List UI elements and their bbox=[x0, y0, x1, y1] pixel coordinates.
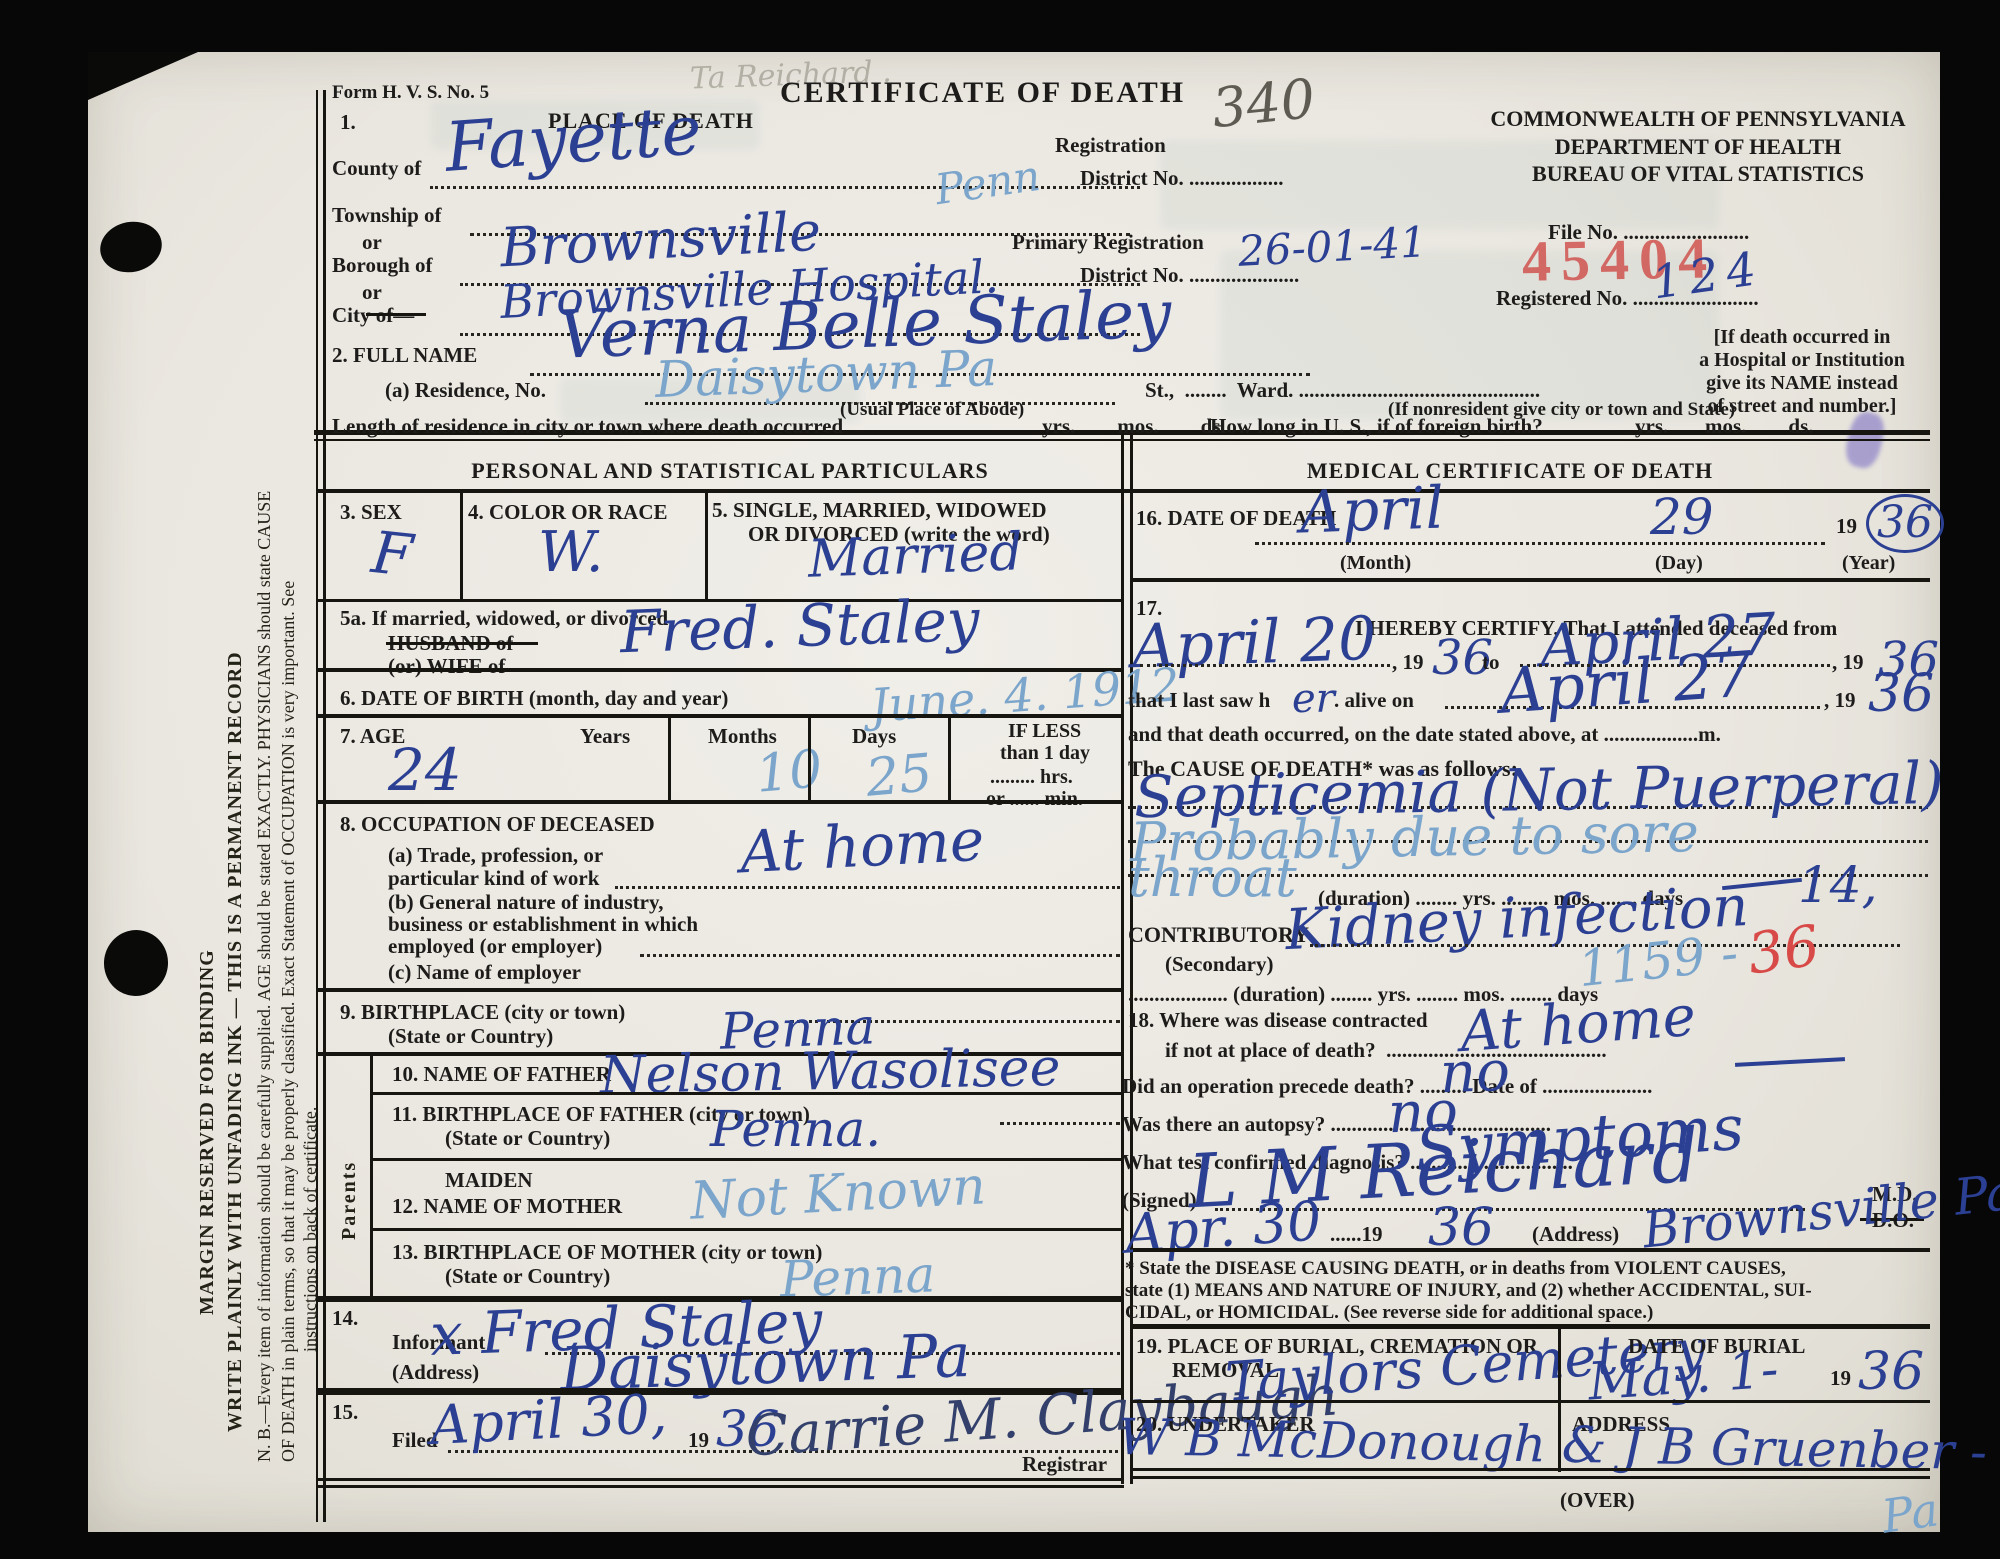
duration-days-value: 14, bbox=[1798, 856, 1878, 914]
foreign-units: yrs. mos. ds. bbox=[1635, 414, 1814, 439]
occupation-a2: particular kind of work bbox=[388, 866, 599, 891]
race-value: W. bbox=[538, 520, 604, 585]
mother-label: 12. NAME OF MOTHER bbox=[392, 1194, 622, 1219]
column-divider-1 bbox=[1121, 433, 1124, 1484]
marital-label-1: 5. SINGLE, MARRIED, WIDOWED bbox=[712, 498, 1047, 523]
age-months-value: 10 bbox=[754, 739, 825, 805]
ifless-hrs: ......... hrs. bbox=[990, 766, 1073, 789]
from-year-printed: , 19 bbox=[1392, 650, 1424, 675]
margin-note-nb-2: OF DEATH in plain terms, so that it may … bbox=[278, 581, 299, 1462]
month-caption: (Month) bbox=[1340, 552, 1411, 575]
right-bottom-rule-1 bbox=[1133, 1468, 1930, 1471]
full-name-label: 2. FULL NAME bbox=[332, 343, 477, 368]
or-label-2: or bbox=[362, 280, 382, 305]
lastsaw-year-printed: , 19 bbox=[1824, 688, 1856, 713]
attended-from-dotted bbox=[1140, 664, 1390, 667]
filed-date-value: April 30, bbox=[429, 1382, 669, 1457]
bureau-line: BUREAU OF VITAL STATISTICS bbox=[1478, 161, 1918, 187]
certificate-title: CERTIFICATE OF DEATH bbox=[780, 76, 1185, 110]
footnote-line3: CIDAL, or HOMICIDAL. (See reverse side f… bbox=[1125, 1302, 1653, 1324]
informant-number: 14. bbox=[332, 1306, 358, 1331]
sex-race-divider bbox=[460, 491, 463, 601]
left-bottom-rule-1 bbox=[318, 1478, 1124, 1481]
department-line: DEPARTMENT OF HEALTH bbox=[1478, 134, 1918, 160]
s16-bottom-rule bbox=[1133, 578, 1930, 582]
registration-label: Registration bbox=[1055, 133, 1166, 158]
filed-number: 15. bbox=[332, 1400, 358, 1425]
age-divider-2 bbox=[808, 716, 811, 802]
footnote-line2: state (1) MEANS AND NATURE OF INJURY, an… bbox=[1125, 1280, 1812, 1302]
father-bp-dotted bbox=[1000, 1122, 1120, 1125]
row-rule-8-top bbox=[318, 800, 1124, 804]
death-year-printed: 19 bbox=[1836, 514, 1857, 539]
hospital-note-line1: [If death occurred in bbox=[1682, 326, 1922, 349]
ifless-line2: than 1 day bbox=[1000, 742, 1090, 765]
sign-address-label: (Address) bbox=[1532, 1222, 1619, 1247]
death-month-value: April bbox=[1299, 474, 1445, 547]
hospital-note-line2: a Hospital or Institution bbox=[1682, 349, 1922, 372]
margin-note-binding: MARGIN RESERVED FOR BINDING bbox=[196, 949, 219, 1315]
age-years-value: 24 bbox=[388, 736, 462, 804]
row-rule-12-top bbox=[370, 1158, 1124, 1161]
residence-label: (a) Residence, No. bbox=[385, 378, 546, 403]
age-divider-1 bbox=[668, 716, 671, 802]
marital-value: Married bbox=[807, 522, 1024, 589]
burial-year-value: 36 bbox=[1858, 1342, 1924, 1402]
occupation-a-dotted bbox=[615, 886, 1120, 889]
occupation-b3: employed (or employer) bbox=[388, 934, 602, 959]
father-bp-state-label: (State or Country) bbox=[445, 1126, 610, 1151]
pencil-number: 340 bbox=[1209, 67, 1318, 140]
father-value: Nelson Wasolisee bbox=[600, 1038, 1061, 1106]
occupation-label: 8. OCCUPATION OF DECEASED bbox=[340, 812, 655, 837]
age-days-value: 25 bbox=[864, 743, 935, 809]
lastsaw-year-value: 36 bbox=[1868, 664, 1934, 724]
row-rule-9-top bbox=[318, 988, 1124, 992]
date-of-death-dotted bbox=[1255, 542, 1825, 545]
occupation-c: (c) Name of employer bbox=[388, 960, 581, 985]
maiden-label: MAIDEN bbox=[445, 1168, 533, 1193]
sex-value: F bbox=[369, 518, 416, 590]
margin-divider bbox=[316, 90, 318, 1522]
footnote-top-rule bbox=[1133, 1248, 1930, 1252]
informant-address-label: (Address) bbox=[392, 1360, 479, 1385]
length-units: yrs. mos. ds. bbox=[1042, 414, 1226, 439]
burial-year-printed: 19 bbox=[1830, 1366, 1851, 1391]
dob-label: 6. DATE OF BIRTH (month, day and year) bbox=[340, 686, 728, 711]
borough-label: Borough of bbox=[332, 253, 433, 278]
margin-divider-2 bbox=[323, 90, 326, 1522]
age-divider-3 bbox=[948, 716, 951, 802]
left-bottom-rule-2 bbox=[318, 1485, 1124, 1488]
row-rule-13-top bbox=[370, 1228, 1124, 1231]
row-rule-7-top bbox=[318, 714, 1124, 718]
right-bottom-rule-2 bbox=[1133, 1476, 1930, 1479]
sign-year-printed: ......19 bbox=[1330, 1222, 1383, 1247]
death-day-value: 29 bbox=[1650, 488, 1714, 546]
birthplace-label: 9. BIRTHPLACE (city or town) bbox=[340, 1000, 625, 1025]
mother-bp-label: 13. BIRTHPLACE OF MOTHER (city or town) bbox=[392, 1240, 822, 1265]
husband-strike bbox=[386, 642, 538, 645]
lastsaw-pre: that I last saw h bbox=[1128, 688, 1270, 713]
county-label: County of bbox=[332, 156, 421, 181]
burial-table-top-rule bbox=[1133, 1324, 1930, 1329]
occupation-value: At home bbox=[738, 806, 985, 887]
primary-district-value: 26-01-41 bbox=[1237, 217, 1428, 276]
abode-note: (Usual Place of Abode) bbox=[840, 399, 1024, 421]
occupation-b-dotted bbox=[640, 954, 1120, 957]
parents-inner-border bbox=[370, 1052, 373, 1297]
ifless-line1: IF LESS bbox=[1008, 720, 1081, 743]
hospital-note-line3: give its NAME instead bbox=[1682, 372, 1922, 395]
scanned-death-certificate: MARGIN RESERVED FOR BINDING WRITE PLAINL… bbox=[0, 0, 2000, 1559]
secondary-label: (Secondary) bbox=[1165, 952, 1274, 977]
occupation-a1: (a) Trade, profession, or bbox=[388, 843, 603, 868]
section1-number: 1. bbox=[340, 110, 356, 135]
contributory-label: CONTRIBUTORY bbox=[1128, 922, 1309, 948]
death-occurred-line: and that death occurred, on the date sta… bbox=[1128, 722, 1721, 747]
length-residence-label: Length of residence in city or town wher… bbox=[332, 414, 843, 439]
burial-row-rule bbox=[1133, 1400, 1930, 1403]
father-bp-value: Penna. bbox=[710, 1100, 881, 1158]
filed-year-printed: 19 bbox=[688, 1428, 709, 1453]
registrar-label: Registrar bbox=[1022, 1452, 1107, 1477]
foreign-birth-label: How long in U. S., if of foreign birth? bbox=[1210, 414, 1543, 439]
row-rule-11-top bbox=[370, 1092, 1124, 1095]
reference-number-red: 36 bbox=[1744, 913, 1824, 987]
race-marital-divider bbox=[705, 491, 708, 601]
day-caption: (Day) bbox=[1655, 552, 1703, 575]
year-caption: (Year) bbox=[1842, 552, 1895, 575]
township-label: Township of bbox=[332, 203, 442, 228]
over-label: (OVER) bbox=[1560, 1488, 1635, 1513]
footnote-line1: * State the DISEASE CAUSING DEATH, or in… bbox=[1125, 1258, 1786, 1280]
commonwealth-line: COMMONWEALTH OF PENNSYLVANIA bbox=[1478, 106, 1918, 132]
city-of-strike bbox=[366, 313, 426, 316]
to-label: to bbox=[1482, 650, 1500, 675]
age-days-header: Days bbox=[852, 724, 896, 749]
to-year-printed: , 19 bbox=[1832, 650, 1864, 675]
attended-from-value: April 20 bbox=[1131, 604, 1378, 682]
cause-value-3: throat bbox=[1128, 846, 1297, 909]
parents-vertical-label: Parents bbox=[338, 1161, 361, 1240]
age-years-header: Years bbox=[580, 724, 630, 749]
lastsaw-er: er bbox=[1292, 676, 1335, 722]
lastsaw-post: . alive on bbox=[1334, 688, 1414, 713]
or-label-1: or bbox=[362, 230, 382, 255]
s18-line1: 18. Where was disease contracted bbox=[1128, 1008, 1428, 1033]
personal-heading: PERSONAL AND STATISTICAL PARTICULARS bbox=[420, 458, 1040, 484]
birthplace-state-label: (State or Country) bbox=[388, 1024, 553, 1049]
undertaker-state-value: Pa bbox=[1879, 1482, 1942, 1543]
mother-bp-state-label: (State or Country) bbox=[445, 1264, 610, 1289]
wife-label: (or) WIFE of bbox=[388, 654, 505, 679]
father-label: 10. NAME OF FATHER bbox=[392, 1062, 611, 1087]
spouse-value: Fred. Staley bbox=[619, 586, 981, 667]
margin-note-nb-1: N. B.—Every item of information should b… bbox=[254, 491, 275, 1462]
death-year-value: 36 bbox=[1866, 494, 1944, 553]
form-number: Form H. V. S. No. 5 bbox=[332, 82, 489, 104]
margin-note-ink: WRITE PLAINLY WITH UNFADING INK — THIS I… bbox=[224, 651, 247, 1432]
